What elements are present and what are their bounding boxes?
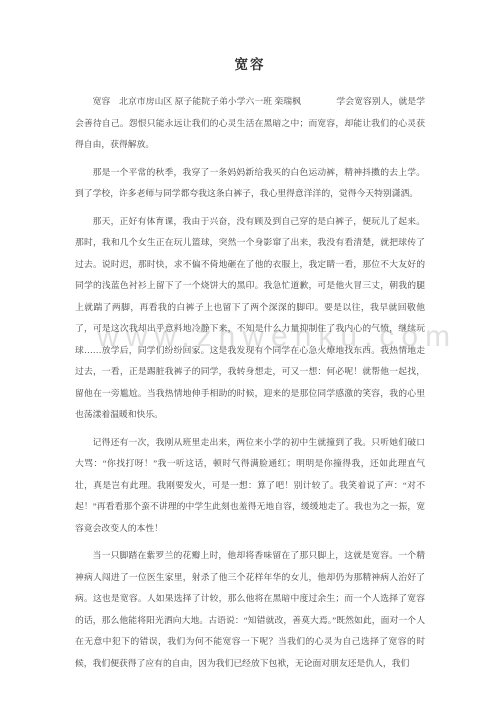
paragraph-violet-conclusion: 当一只脚踏在紫罗兰的花瓣上时，他却将香味留在了那只脚上，这就是宽容。一个精神病人… bbox=[75, 545, 425, 674]
paragraph-middle-schoolers: 记得还有一次，我刚从班里走出来，两位来小学的初中生就撞到了我。只听她们破口大骂：… bbox=[75, 432, 425, 540]
paragraph-autumn: 那是一个平常的秋季，我穿了一条妈妈新给我买的白色运动裤，精神抖擞的去上学。到了学… bbox=[75, 162, 425, 205]
page-title: 宽容 bbox=[75, 56, 425, 74]
paragraph-intro: 宽容 北京市房山区 原子能院子弟小学六一班 栾瑞枫 学会宽容别人，就是学会善待自… bbox=[75, 91, 425, 156]
document-page: www.zhwenku.com 宽容 宽容 北京市房山区 原子能院子弟小学六一班… bbox=[0, 0, 500, 708]
document-content: 宽容 宽容 北京市房山区 原子能院子弟小学六一班 栾瑞枫 学会宽容别人，就是学会… bbox=[0, 0, 500, 674]
paragraph-gym-class: 那天，正好有体育课，我由于兴奋，没有顾及到自己穿的是白裤子，便玩儿了起来。那时，… bbox=[75, 211, 425, 426]
